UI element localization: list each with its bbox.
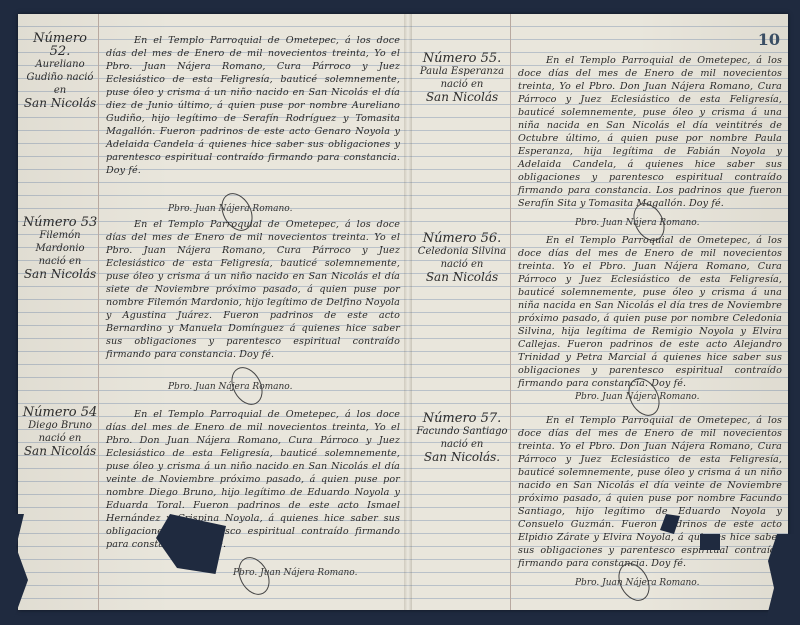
birth-place: San Nicolás xyxy=(22,445,98,458)
left-page: Número 52. Aureliano Gudiño nació en San… xyxy=(18,14,406,610)
baptism-entry-56: Número 56. Celedonia Silvina nació en Sa… xyxy=(410,232,788,408)
birth-place: San Nicolás. xyxy=(414,451,510,464)
baptized-name: Facundo Santiago xyxy=(416,426,507,437)
birth-place: San Nicolás xyxy=(414,271,510,284)
page-hole xyxy=(700,534,720,550)
right-page: 10 Número 55. Paula Esperanza nació en S… xyxy=(410,14,788,610)
baptized-name: Filemón Mardonio xyxy=(35,230,84,254)
baptized-name: Diego Bruno xyxy=(28,420,92,431)
register-sheet: Número 52. Aureliano Gudiño nació en San… xyxy=(18,14,788,610)
born-label: nació en xyxy=(441,79,484,90)
entry-text: En el Templo Parroquial de Ometepec, á l… xyxy=(518,234,782,390)
signature-flourish-icon xyxy=(225,362,269,410)
entry-margin-note: Número 54 Diego Bruno nació en San Nicol… xyxy=(22,406,98,458)
born-label: nació en xyxy=(441,439,484,450)
entry-text: En el Templo Parroquial de Ometepec, á l… xyxy=(106,34,400,177)
entry-margin-note: Número 57. Facundo Santiago nació en San… xyxy=(414,412,510,464)
baptism-entry-55: Número 55. Paula Esperanza nació en San … xyxy=(410,52,788,228)
born-label: nació en xyxy=(39,256,82,267)
birth-place: San Nicolás xyxy=(22,97,98,110)
entry-number: Número 54 xyxy=(22,406,98,419)
entry-margin-note: Número 52. Aureliano Gudiño nació en San… xyxy=(22,32,98,110)
entry-number: Número 55. xyxy=(414,52,510,65)
baptism-entry-53: Número 53 Filemón Mardonio nació en San … xyxy=(18,216,406,402)
entry-text: En el Templo Parroquial de Ometepec, á l… xyxy=(106,408,400,551)
entry-margin-note: Número 56. Celedonia Silvina nació en Sa… xyxy=(414,232,510,284)
priest-signature: Pbro. Juan Nájera Romano. xyxy=(168,382,292,392)
baptism-entry-54: Número 54 Diego Bruno nació en San Nicol… xyxy=(18,406,406,606)
baptized-name: Celedonia Silvina xyxy=(418,246,506,257)
baptism-entry-52: Número 52. Aureliano Gudiño nació en San… xyxy=(18,32,406,218)
baptized-name: Paula Esperanza xyxy=(420,66,504,77)
born-label: nació en xyxy=(441,259,484,270)
entry-text: En el Templo Parroquial de Ometepec, á l… xyxy=(106,218,400,361)
entry-text: En el Templo Parroquial de Ometepec, á l… xyxy=(518,54,782,210)
entry-margin-note: Número 55. Paula Esperanza nació en San … xyxy=(414,52,510,104)
baptism-entry-57: Número 57. Facundo Santiago nació en San… xyxy=(410,412,788,602)
entry-number: Número 53 xyxy=(22,216,98,229)
page-number: 10 xyxy=(758,30,780,49)
entry-number: Número 56. xyxy=(414,232,510,245)
born-label: nació en xyxy=(39,433,82,444)
signature-flourish-icon xyxy=(232,552,276,600)
birth-place: San Nicolás xyxy=(22,268,98,281)
entry-margin-note: Número 53 Filemón Mardonio nació en San … xyxy=(22,216,98,281)
entry-number: Número 57. xyxy=(414,412,510,425)
entry-text: En el Templo Parroquial de Ometepec, á l… xyxy=(518,414,782,570)
entry-number: Número 52. xyxy=(22,32,98,58)
birth-place: San Nicolás xyxy=(414,91,510,104)
